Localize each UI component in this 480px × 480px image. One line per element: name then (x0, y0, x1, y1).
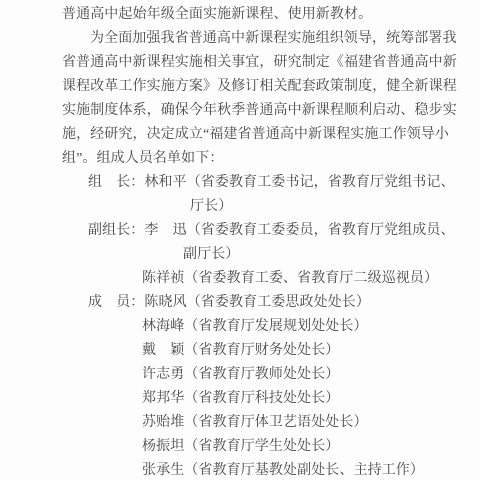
document-line: 为全面加强我省普通高中新课程实施组织领导，统筹部署我 (90, 27, 462, 51)
document-line: 厅长） (190, 195, 462, 219)
document-line: 副厅长） (183, 243, 462, 267)
document-text-block: 普通高中起始年级全面实施新课程、使用新教材。为全面加强我省普通高中新课程实施组织… (62, 3, 462, 480)
document-line: 组 长：林和平（省委教育工委书记，省教育厅党组书记、 (88, 171, 462, 195)
document-line: 成 员：陈晓风（省委教育工委思政处处长） (88, 291, 462, 315)
document-line: 普通高中起始年级全面实施新课程、使用新教材。 (62, 3, 462, 27)
document-line: 戴 颖（省教育厅财务处处长） (142, 339, 462, 363)
document-line: 课程改革工作实施方案》及修订相关配套政策制度，健全新课程 (62, 75, 462, 99)
document-line: 杨振坦（省教育厅学生处处长） (142, 435, 462, 459)
document-line: 施，经研究，决定成立“福建省普通高中新课程实施工作领导小 (62, 123, 462, 147)
document-line: 苏贻堆（省教育厅体卫艺语处处长） (142, 411, 462, 435)
document-line: 郑邦华（省教育厅科技处处长） (142, 387, 462, 411)
document-line: 实施制度体系，确保今年秋季普通高中新课程顺利启动、稳步实 (62, 99, 462, 123)
document-line: 张承生（省教育厅基教处副处长、主持工作） (142, 459, 462, 480)
document-line: 林海峰（省教育厅发展规划处处长） (142, 315, 462, 339)
document-line: 省普通高中新课程实施相关事宜，研究制定《福建省普通高中新 (62, 51, 462, 75)
document-page: 普通高中起始年级全面实施新课程、使用新教材。为全面加强我省普通高中新课程实施组织… (0, 0, 480, 480)
document-line: 陈祥祯（省委教育工委、省教育厅二级巡视员） (142, 267, 462, 291)
document-line: 副组长：李 迅（省委教育工委委员，省教育厅党组成员、 (88, 219, 462, 243)
document-line: 组”。组成人员名单如下： (62, 147, 462, 171)
document-line: 许志勇（省教育厅教师处处长） (142, 363, 462, 387)
